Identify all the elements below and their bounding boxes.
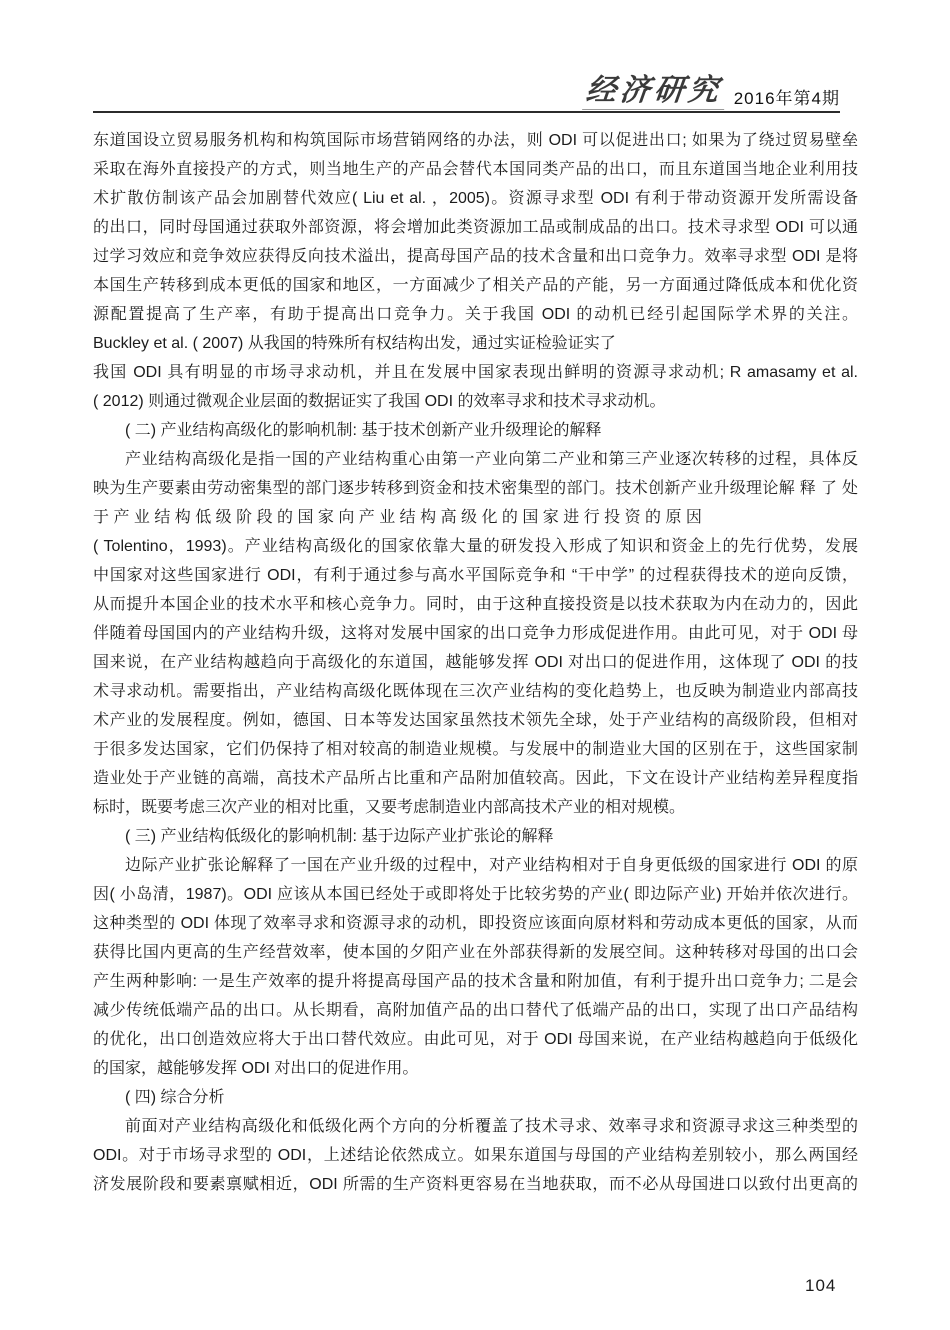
text-line: ( 2012) 则通过微观企业层面的数据证实了我国 ODI 的效率寻求和技术寻求… — [93, 387, 858, 416]
text-line: Buckley et al. ( 2007) 从我国的特殊所有权结构出发，通过实… — [93, 329, 858, 358]
text-line: 济发展阶段和要素禀赋相近，ODI 所需的生产资料更容易在当地获取，而不必从母国进… — [93, 1170, 858, 1199]
text-line: 中国家对这些国家进行 ODI，有利于通过参与高水平国际竞争和 “干中学” 的过程… — [93, 561, 858, 590]
text-line: 我国 ODI 具有明显的市场寻求动机，并且在发展中国家表现出鲜明的资源寻求动机;… — [93, 358, 858, 387]
text-line: 这种类型的 ODI 体现了效率寻求和资源寻求的动机，即投资应该面向原材料和劳动成… — [93, 909, 858, 938]
text-line: 国来说，在产业结构越趋向于高级化的东道国，越能够发挥 ODI 对出口的促进作用，… — [93, 648, 858, 677]
text-line: 的优化，出口创造效应将大于出口替代效应。由此可见，对于 ODI 母国来说，在产业… — [93, 1025, 858, 1054]
text-line: 于 产 业 结 构 低 级 阶 段 的 国 家 向 产 业 结 构 高 级 化 … — [93, 503, 858, 532]
page-number: 104 — [805, 1276, 836, 1296]
text-line: 从而提升本国企业的技术水平和核心竞争力。同时，由于这种直接投资是以技术获取为内在… — [93, 590, 858, 619]
journal-logo-calligraphy: 经济研究 — [582, 74, 728, 110]
text-line: 术寻求动机。需要指出，产业结构高级化既体现在三次产业结构的变化趋势上，也反映为制… — [93, 677, 858, 706]
text-line: 标时，既要考虑三次产业的相对比重，又要考虑制造业内部高技术产业的相对规模。 — [93, 793, 858, 822]
journal-page: 经济研究 2016年第4期 东道国设立贸易服务机构和构筑国际市场营销网络的办法，… — [0, 0, 950, 1330]
text-line: 因( 小岛清，1987)。ODI 应该从本国已经处于或即将处于比较劣势的产业( … — [93, 880, 858, 909]
text-line: ( 四) 综合分析 — [93, 1083, 858, 1112]
text-line: 映为生产要素由劳动密集型的部门逐步转移到资金和技术密集型的部门。技术创新产业升级… — [93, 474, 858, 503]
header-rule — [93, 111, 840, 113]
text-line: 的国家，越能够发挥 ODI 对出口的促进作用。 — [93, 1054, 858, 1083]
text-line: 过学习效应和竞争效应获得反向技术溢出，提高母国产品的技术含量和出口竞争力。效率寻… — [93, 242, 858, 271]
text-line: ( 二) 产业结构高级化的影响机制: 基于技术创新产业升级理论的解释 — [93, 416, 858, 445]
page-header: 经济研究 2016年第4期 — [93, 58, 840, 110]
text-line: 本国生产转移到成本更低的国家和地区，一方面减少了相关产品的产能，另一方面通过降低… — [93, 271, 858, 300]
text-line: 减少传统低端产品的出口。从长期看，高附加值产品的出口替代了低端产品的出口，实现了… — [93, 996, 858, 1025]
text-line: 产业结构高级化是指一国的产业结构重心由第一产业向第二产业和第三产业逐次转移的过程… — [93, 445, 858, 474]
text-line: 的出口，同时母国通过获取外部资源，将会增加此类资源加工品或制成品的出口。技术寻求… — [93, 213, 858, 242]
text-line: 源配置提高了生产率，有助于提高出口竞争力。关于我国 ODI 的动机已经引起国际学… — [93, 300, 858, 329]
text-line: 前面对产业结构高级化和低级化两个方向的分析覆盖了技术寻求、效率寻求和资源寻求这三… — [93, 1112, 858, 1141]
text-line: ( 三) 产业结构低级化的影响机制: 基于边际产业扩张论的解释 — [93, 822, 858, 851]
text-line: 术扩散仿制该产品会加剧替代效应( Liu et al. ，2005)。资源寻求型… — [93, 184, 858, 213]
issue-label: 2016年第4期 — [734, 89, 840, 109]
text-line: 采取在海外直接投产的方式，则当地生产的产品会替代本国同类产品的出口，而且东道国当… — [93, 155, 858, 184]
text-line: ( Tolentino，1993)。产业结构高级化的国家依靠大量的研发投入形成了… — [93, 532, 858, 561]
text-line: 边际产业扩张论解释了一国在产业升级的过程中，对产业结构相对于自身更低级的国家进行… — [93, 851, 858, 880]
text-line: 获得比国内更高的生产经营效率，使本国的夕阳产业在外部获得新的发展空间。这种转移对… — [93, 938, 858, 967]
text-line: 伴随着母国国内的产业结构升级，这将对发展中国家的出口竞争力形成促进作用。由此可见… — [93, 619, 858, 648]
text-line: 造业处于产业链的高端，高技术产品所占比重和产品附加值较高。因此，下文在设计产业结… — [93, 764, 858, 793]
text-line: 于很多发达国家，它们仍保持了相对较高的制造业规模。与发展中的制造业大国的区别在于… — [93, 735, 858, 764]
article-body: 东道国设立贸易服务机构和构筑国际市场营销网络的办法，则 ODI 可以促进出口; … — [93, 126, 858, 1199]
text-line: ODI。对于市场寻求型的 ODI，上述结论依然成立。如果东道国与母国的产业结构差… — [93, 1141, 858, 1170]
text-line: 产生两种影响: 一是生产效率的提升将提高母国产品的技术含量和附加值，有利于提升出… — [93, 967, 858, 996]
text-line: 术产业的发展程度。例如，德国、日本等发达国家虽然技术领先全球，处于产业结构的高级… — [93, 706, 858, 735]
text-line: 东道国设立贸易服务机构和构筑国际市场营销网络的办法，则 ODI 可以促进出口; … — [93, 126, 858, 155]
